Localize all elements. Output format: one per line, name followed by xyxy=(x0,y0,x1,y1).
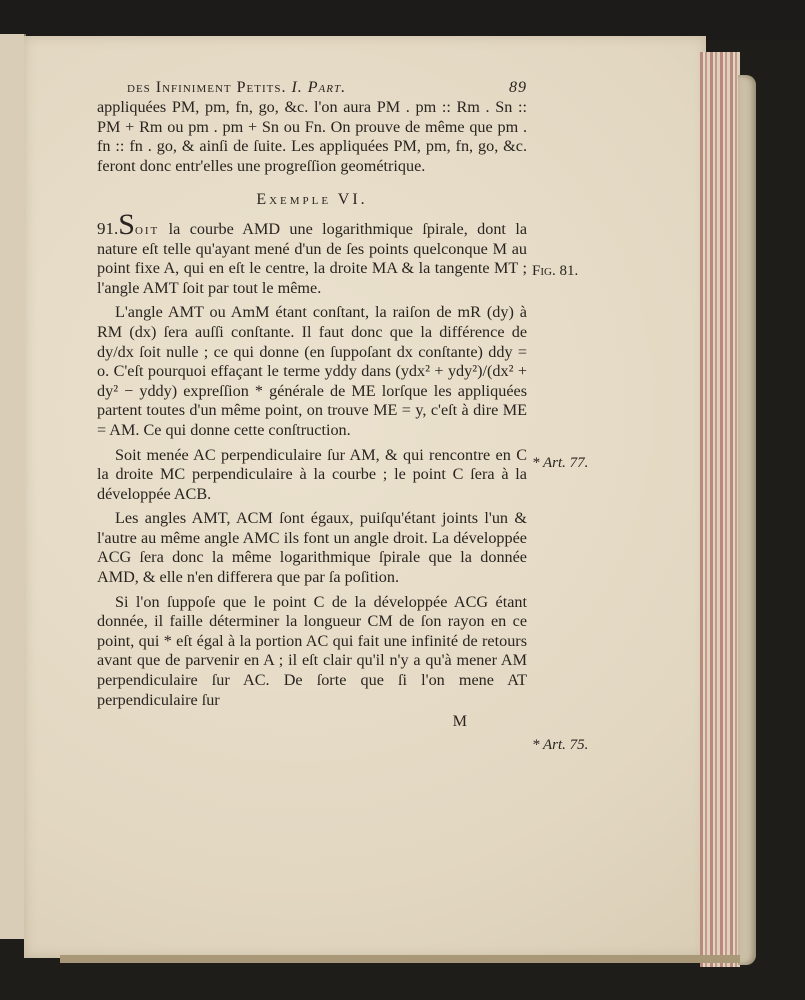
book-fore-edge xyxy=(738,75,756,965)
running-head: des Infiniment Petits. I. Part. 89 xyxy=(97,78,527,98)
paragraph-91: 91.Soit la courbe AMD une logarithmique … xyxy=(97,216,527,298)
paragraph: Si l'on ſuppoſe que le point C de la dév… xyxy=(97,593,527,711)
paragraph: Soit menée AC perpendiculaire ſur AM, & … xyxy=(97,446,527,505)
catchword: M xyxy=(97,712,527,732)
margin-note-figure: Fig. 81. xyxy=(532,263,578,280)
background xyxy=(0,0,805,40)
running-title: des Infiniment Petits. I. Part. xyxy=(127,78,346,98)
page-text: des Infiniment Petits. I. Part. 89 appli… xyxy=(97,78,527,732)
paragraph: Les angles AMT, ACM ſont égaux, puiſqu'é… xyxy=(97,509,527,587)
margin-note-art75: * Art. 75. xyxy=(532,737,588,754)
page-bottom-edge xyxy=(60,955,740,963)
paragraph: L'angle AMT ou AmM étant conſtant, la ra… xyxy=(97,303,527,440)
page-block-edge xyxy=(700,52,740,967)
margin-note-art77: * Art. 77. xyxy=(532,455,588,472)
paragraph-continuation: appliquées PM, pm, fn, go, &c. l'on aura… xyxy=(97,98,527,176)
section-heading: Exemple VI. xyxy=(97,190,527,210)
page-number: 89 xyxy=(509,78,527,98)
facing-page-edge xyxy=(0,34,26,939)
